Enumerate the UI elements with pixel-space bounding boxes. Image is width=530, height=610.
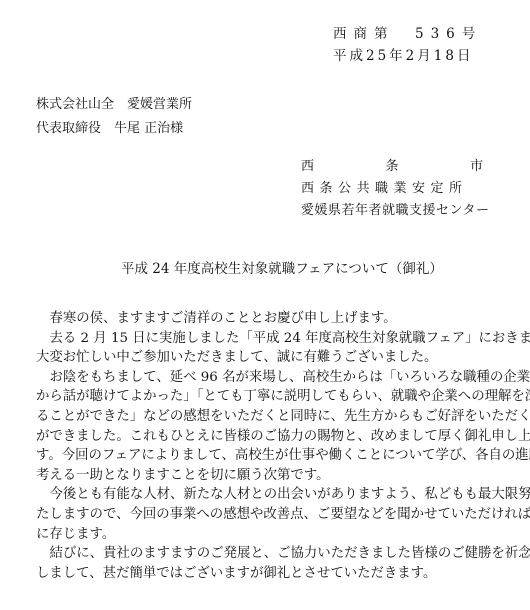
body-line: しまして、甚だ簡単ではございますが御礼とさせていただきます。: [36, 564, 486, 584]
document-number: 西商第 536号: [333, 22, 482, 42]
body-line: 去る 2 月 15 日に実施しました「平成 24 年度高校生対象就職フェア」にお…: [36, 329, 486, 349]
body-line: 今後とも有能な人材、新たな人材との出会いがありますよう、私どもも最大限努力い: [36, 485, 486, 505]
sender-city: 西 条 市: [301, 155, 483, 174]
sender-center: 愛媛県若年者就職支援センター: [301, 199, 489, 218]
addressee-person: 代表取締役 牛尾 正治様: [36, 117, 183, 136]
body-line: ができました。これもひとえに皆様のご協力の賜物と、改めまして厚く御礼申し上げま: [36, 427, 486, 447]
body-line: す。今回のフェアによりまして、高校生が仕事や働くことについて学び、各自の進路を: [36, 446, 486, 466]
body-line: から話が聴けてよかった」「とても丁寧に説明してもらい、就職や企業への理解を深め: [36, 387, 486, 407]
addressee-company: 株式会社山全 愛媛営業所: [36, 93, 192, 112]
sender-city-char: 市: [470, 155, 483, 174]
document-date: 平成25年2月18日: [333, 44, 473, 64]
body-line: 結びに、貴社のますますのご発展と、ご協力いただきました皆様のご健勝を祈念いた: [36, 544, 486, 564]
body-line: 考える一助となりますことを切に願う次第です。: [36, 466, 486, 486]
body-line: ることができた」などの感想をいただくと同時に、先生方からもご好評をいただくこと: [36, 407, 486, 427]
sender-city-char: 条: [385, 155, 398, 174]
sender-office: 西条公共職業安定所: [301, 177, 468, 196]
letter-subject: 平成 24 年度高校生対象就職フェアについて（御礼）: [121, 257, 443, 277]
body-line: に存じます。: [36, 525, 486, 545]
body-line: たしますので、今回の事業への感想や改善点、ご要望などを聞かせていただければ幸甚: [36, 505, 486, 525]
letter-body: 春寒の侯、ますますご清祥のこととお慶び申し上げます。 去る 2 月 15 日に実…: [36, 309, 486, 583]
body-line: お陰をもちまして、延べ 96 名が来場し、高校生からは「いろいろな職種の企業の方: [36, 368, 486, 388]
sender-city-char: 西: [301, 155, 314, 174]
body-line: 春寒の侯、ますますご清祥のこととお慶び申し上げます。: [36, 309, 486, 329]
body-line: 大変お忙しい中ご参加いただきまして、誠に有難うございました。: [36, 348, 486, 368]
